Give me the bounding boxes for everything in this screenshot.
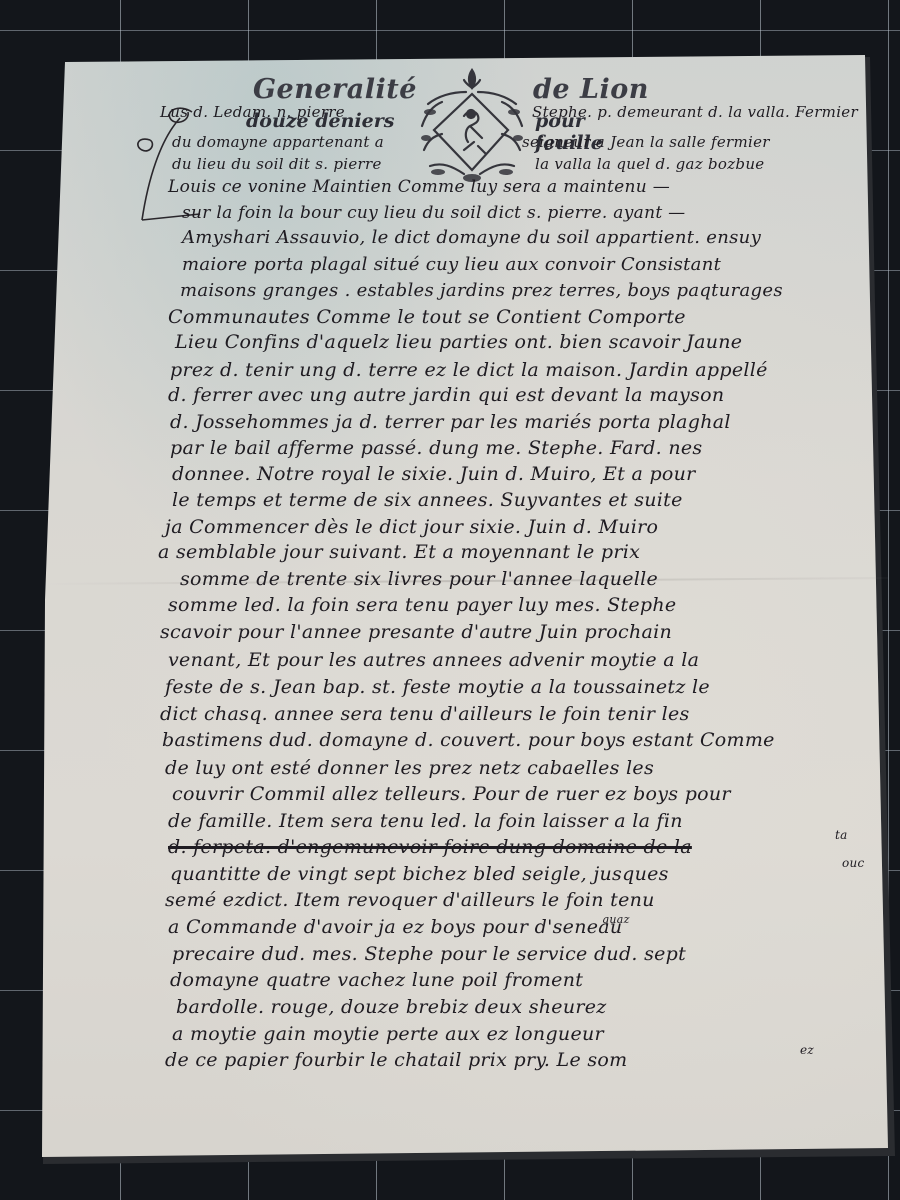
manuscript-line: prez d. tenir ung d. terre ez le dict la… [170,359,768,381]
manuscript-line: scavoir pour l'annee presante d'autre Ju… [160,621,672,643]
interlinear-note: quaz [602,913,630,926]
manuscript-line: couvrir Commil allez telleurs. Pour de r… [172,783,731,805]
manuscript-line: dict chasq. annee sera tenu d'ailleurs l… [160,703,690,725]
manuscript-line: a moytie gain moytie perte aux ez longue… [172,1023,604,1045]
manuscript-line: par le bail afferme passé. dung me. Step… [170,437,702,459]
manuscript-line: Louis ce vonine Maintien Comme luy sera … [168,177,670,197]
manuscript-line: du domayne appartenant a [172,133,384,151]
manuscript-line: venant, Et pour les autres annees adveni… [168,649,699,671]
manuscript-line: de famille. Item sera tenu led. la foin … [168,810,683,832]
manuscript-line: donnee. Notre royal le sixie. Juin d. Mu… [172,463,696,485]
manuscript-line: d. ferrer avec ung autre jardin qui est … [168,384,724,406]
manuscript-line: sur la foin la bour cuy lieu du soil dic… [182,203,685,223]
manuscript-line: d. Jossehommes ja d. terrer par les mari… [170,411,731,433]
manuscript-line: precaire dud. mes. Stephe pour le servic… [172,943,686,965]
manuscript-line: Stephe. p. demeurant d. la valla. Fermie… [532,103,858,121]
manuscript-line: d. ferpeta. d'engemunevoir foire dung do… [168,836,692,858]
manuscript-line: somme led. la foin sera tenu payer luy m… [168,594,676,616]
manuscript-line: quantitte de vingt sept bichez bled seig… [170,863,669,885]
manuscript-line: semé ezdict. Item revoquer d'ailleurs le… [165,889,655,911]
manuscript-line: ja Commencer dès le dict jour sixie. Jui… [165,516,658,538]
manuscript-line: feste de s. Jean bap. st. feste moytie a… [165,676,710,698]
manuscript-line: du lieu du soil dit s. pierre [172,155,382,173]
manuscript-line: de ce papier fourbir le chatail prix pry… [165,1049,627,1071]
manuscript-line: somme de trente six livres pour l'annee … [180,568,658,590]
manuscript-line: maiore porta plagal situé cuy lieu aux c… [182,254,721,275]
manuscript-body: Lus d. Ledam. n. pierreStephe. p. demeur… [0,0,900,1200]
manuscript-line: le temps et terme de six annees. Suyvant… [172,489,683,511]
manuscript-line: Communautes Comme le tout se Contient Co… [168,306,686,328]
manuscript-line: domayne quatre vachez lune poil froment [170,969,583,991]
manuscript-line: bardolle. rouge, douze brebiz deux sheur… [176,996,607,1018]
manuscript-line: a Commande d'avoir ja ez boys pour d'sen… [168,916,622,938]
manuscript-line: seigneur a Jean la salle fermier [522,133,770,151]
manuscript-line: Amyshari Assauvio, le dict domayne du so… [182,227,761,248]
manuscript-line: la valla la quel d. gaz bozbue [535,155,764,173]
manuscript-line: de luy ont esté donner les prez netz cab… [165,757,654,779]
manuscript-line: bastimens dud. domayne d. couvert. pour … [162,729,775,751]
manuscript-line: Lus d. Ledam. n. pierre [160,103,345,121]
interlinear-note: ouc [842,856,865,870]
interlinear-note: ez [800,1043,814,1057]
interlinear-note: ta [835,828,848,842]
manuscript-line: a semblable jour suivant. Et a moyennant… [158,541,640,563]
manuscript-line: Lieu Confins d'aquelz lieu parties ont. … [175,331,742,353]
manuscript-line: maisons granges . estables jardins prez … [180,280,783,301]
